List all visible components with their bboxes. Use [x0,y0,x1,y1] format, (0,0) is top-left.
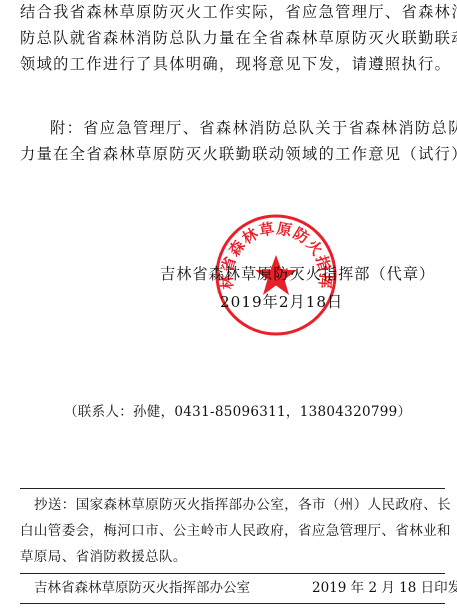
issuing-office: 吉林省森林草原防灭火指挥部办公室 [34,578,250,598]
print-date: 2019 年 2 月 18 日印发 [312,578,457,598]
body-line: 领域的工作进行了具体明确，现将意见下发，请遵照执行。 [20,54,451,74]
cc-line: 草原局、省消防救援总队。 [20,547,187,567]
attachment-line: 附：省应急管理厅、省森林消防总队关于省森林消防总队 [50,118,457,138]
divider-bottom [20,603,445,604]
attachment-line: 力量在全省森林草原防灭火联勤联动领域的工作意见（试行） [20,144,457,164]
body-line: 防总队就省森林消防总队力量在全省森林草原防灭火联勤联动 [20,28,457,48]
official-seal-icon: 吉林省森林草原防火指挥部 [214,213,338,337]
divider-middle [20,573,445,574]
cc-line: 白山管委会，梅河口市、公主岭市人民政府，省应急管理厅、省林业和 [20,521,451,541]
divider-top [20,488,445,489]
cc-line: 抄送：国家森林草原防灭火指挥部办公室，各市（州）人民政府、长 [34,495,451,515]
body-line: 结合我省森林草原防灭火工作实际，省应急管理厅、省森林消 [20,2,457,22]
contact-info: （联系人：孙健，0431-85096311，13804320799） [64,402,411,422]
